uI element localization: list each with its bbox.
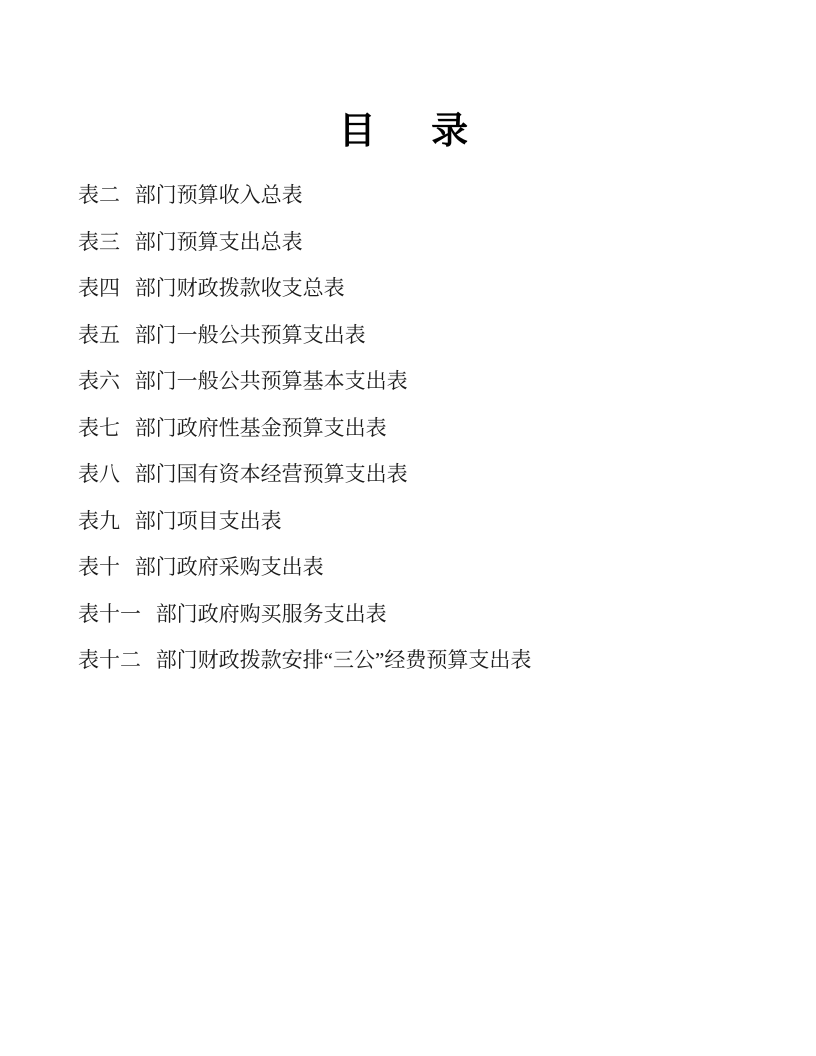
toc-item-title: 部门政府购买服务支出表: [156, 602, 387, 626]
toc-item-number: 表七: [78, 416, 120, 440]
toc-item: 表二部门预算收入总表: [78, 172, 776, 219]
toc-item-title: 部门财政拨款收支总表: [135, 276, 345, 300]
toc-item: 表十二部门财政拨款安排“三公”经费预算支出表: [78, 637, 776, 684]
document-page: 目 录 表二部门预算收入总表 表三部门预算支出总表 表四部门财政拨款收支总表 表…: [0, 0, 816, 1056]
toc-item-number: 表十二: [78, 648, 141, 672]
toc-item: 表九部门项目支出表: [78, 498, 776, 545]
toc-item-title: 部门一般公共预算基本支出表: [135, 369, 408, 393]
toc-item-title: 部门项目支出表: [135, 509, 282, 533]
toc-item-number: 表五: [78, 323, 120, 347]
toc-item: 表三部门预算支出总表: [78, 219, 776, 266]
toc-item: 表五部门一般公共预算支出表: [78, 312, 776, 359]
toc-item-number: 表九: [78, 509, 120, 533]
toc-item-number: 表二: [78, 183, 120, 207]
toc-item-number: 表四: [78, 276, 120, 300]
toc-item: 表十部门政府采购支出表: [78, 544, 776, 591]
page-title: 目 录: [0, 110, 816, 153]
toc-item-number: 表三: [78, 230, 120, 254]
toc-item-number: 表六: [78, 369, 120, 393]
toc-item: 表十一部门政府购买服务支出表: [78, 591, 776, 638]
toc-list: 表二部门预算收入总表 表三部门预算支出总表 表四部门财政拨款收支总表 表五部门一…: [78, 172, 776, 684]
toc-item: 表八部门国有资本经营预算支出表: [78, 451, 776, 498]
toc-item-title: 部门政府采购支出表: [135, 555, 324, 579]
toc-item-title: 部门国有资本经营预算支出表: [135, 462, 408, 486]
toc-item-number: 表八: [78, 462, 120, 486]
toc-item: 表七部门政府性基金预算支出表: [78, 405, 776, 452]
toc-item-title: 部门财政拨款安排“三公”经费预算支出表: [156, 648, 532, 672]
toc-item: 表四部门财政拨款收支总表: [78, 265, 776, 312]
toc-item-number: 表十: [78, 555, 120, 579]
toc-item-number: 表十一: [78, 602, 141, 626]
toc-item-title: 部门一般公共预算支出表: [135, 323, 366, 347]
toc-item-title: 部门政府性基金预算支出表: [135, 416, 387, 440]
toc-item-title: 部门预算收入总表: [135, 183, 303, 207]
toc-item: 表六部门一般公共预算基本支出表: [78, 358, 776, 405]
toc-item-title: 部门预算支出总表: [135, 230, 303, 254]
